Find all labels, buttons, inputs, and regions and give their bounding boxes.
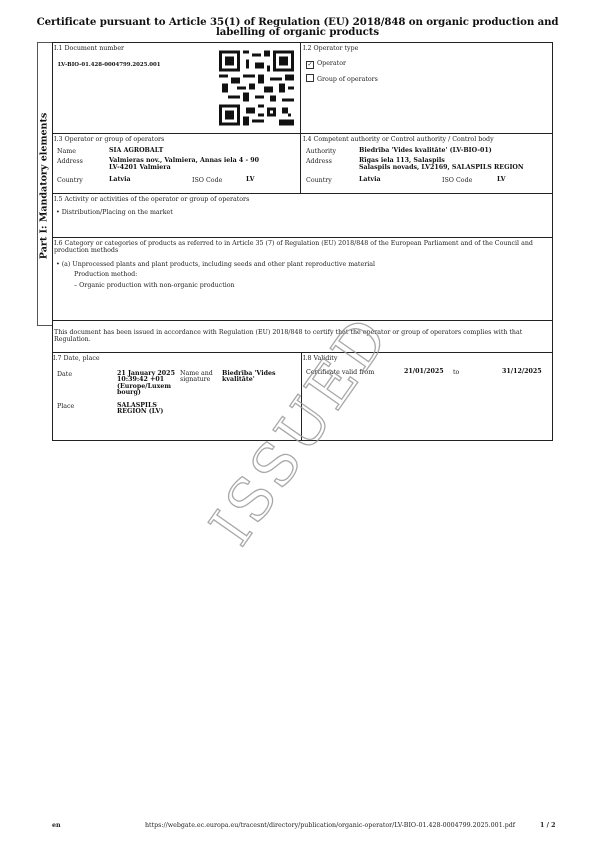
authority-name: Biedrība 'Vides kvalitāte' (LV-BIO-01) [359,148,492,154]
authority-country: Latvia [359,177,381,183]
signature-value: Biedrība 'Videskvalitāte' [222,371,276,384]
section-3-heading: I.3 Operator or group of operators [54,136,164,143]
section-1-heading: I.1 Document number [54,45,124,52]
authority-country-label: Country [306,177,332,184]
authority-label: Authority [306,148,336,155]
country-label: Country [57,177,83,184]
checkbox-unchecked-icon[interactable] [306,74,314,82]
option-label: Operator [317,60,346,67]
authority-address-line2: Salaspils novads, LV2169, SALASPILS REGI… [359,165,524,171]
name-label: Name [57,148,76,155]
operator-type-group[interactable]: Group of operators [306,74,378,83]
section-4-heading: I.4 Competent authority or Control autho… [303,136,494,143]
section-6-heading: I.6 Category or categories of products a… [54,240,533,247]
operator-type-operator[interactable]: ✓Operator [306,60,346,69]
footer-page-number: 1 / 2 [540,822,555,829]
checkbox-checked-icon[interactable]: ✓ [306,61,314,69]
authority-iso: LV [497,177,506,183]
authority-iso-label: ISO Code [442,177,472,184]
part-label: Part I: Mandatory elements [39,113,50,259]
valid-from-date: 21/01/2025 [404,369,444,375]
operator-country: Latvia [109,177,131,183]
operator-iso: LV [246,177,255,183]
place-label: Place [57,403,74,410]
signature-label: Name andsignature [180,371,213,384]
product-category: • (a) Unprocessed plants and plant produ… [56,261,375,268]
footer-language: en [52,822,61,829]
option-label: Group of operators [317,76,378,83]
section-2-heading: I.2 Operator type [303,45,358,52]
activity-item: • Distribution/Placing on the market [56,209,173,216]
iso-label: ISO Code [192,177,222,184]
valid-to-label: to [453,369,459,376]
date-label: Date [57,371,72,378]
authority-address-label: Address [306,158,332,165]
issue-date: 21 January 202510:39:42 +01(Europe/Luxem… [117,371,175,397]
statement-text: This document has been issued in accorda… [54,330,522,343]
valid-to-date: 31/12/2025 [502,369,542,375]
production-method: – Organic production with non-organic pr… [74,282,235,289]
certificate-title: Certificate pursuant to Article 35(1) of… [20,17,575,37]
address-label: Address [57,158,83,165]
qr-code-icon [219,49,294,127]
issue-place: SALASPILSREGION (LV) [117,403,163,416]
footer-url[interactable]: https://webgate.ec.europa.eu/tracesnt/di… [145,822,515,829]
section-5-heading: I.5 Activity or activities of the operat… [54,196,249,203]
section-6-heading-cont: production methods [54,247,118,254]
operator-name: SIA AGROBALT [109,148,163,154]
operator-address-line2: LV-4201 Valmiera [109,165,171,171]
production-method-label: Production method: [74,271,137,278]
section-7-heading: I.7 Date, place [53,355,100,362]
document-number[interactable]: LV-BIO-01.428-0004799.2025.001 [58,62,161,68]
